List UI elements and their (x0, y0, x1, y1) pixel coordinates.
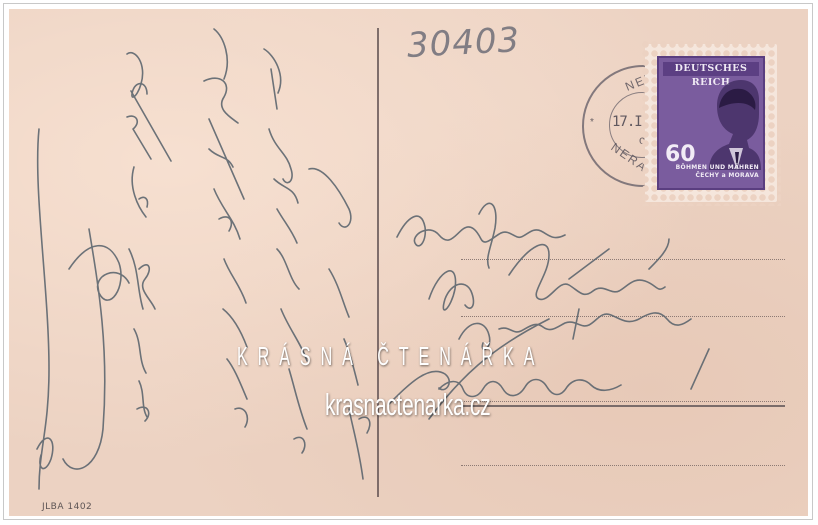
stamp-face: DEUTSCHES REICH 60 BÖHMEN UND MÄHREN ČEC… (657, 56, 765, 190)
postcard-back: 30403 (9, 9, 808, 516)
stamp-country: DEUTSCHES REICH (663, 62, 759, 76)
portrait-icon (689, 78, 761, 170)
publisher-mark: JLBA 1402 (42, 502, 92, 512)
stamp-inscription-line-2: ČECHY a MORAVA (663, 172, 759, 180)
stamp-inscription-line-1: BÖHMEN UND MÄHREN (663, 164, 759, 172)
watermark-title: KRÁSNÁ ČTENÁŘKA (237, 341, 584, 372)
watermark-url: krasnactenarka.cz (325, 387, 490, 423)
postmark-star: * (590, 117, 594, 128)
postage-stamp: DEUTSCHES REICH 60 BÖHMEN UND MÄHREN ČEC… (645, 44, 777, 202)
stamp-inscription: BÖHMEN UND MÄHREN ČECHY a MORAVA (663, 164, 759, 184)
